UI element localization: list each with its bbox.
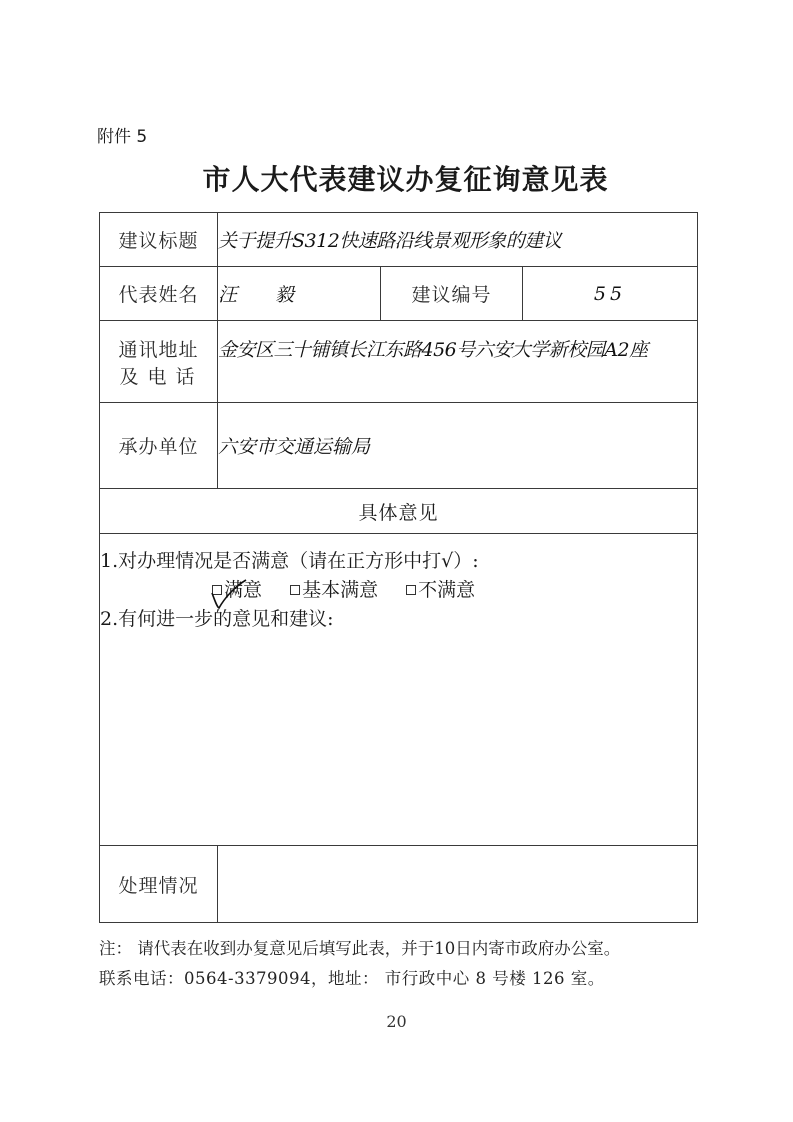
satisfaction-options: 满意 基本满意 不满意: [100, 575, 697, 605]
option-not-satisfied-label: 不满意: [418, 579, 475, 601]
suggestion-number-label: 建议编号: [381, 267, 523, 321]
attachment-label: 附件 5: [97, 122, 147, 147]
row-representative: 代表姓名 汪 毅 建议编号 55: [100, 267, 698, 321]
question-satisfaction: 1.对办理情况是否满意（请在正方形中打√）:: [100, 547, 697, 575]
suggestion-number-field[interactable]: 55: [523, 267, 698, 321]
address-label-line2: 及电话: [100, 362, 217, 389]
address-phone-label: 通讯地址 及电话: [100, 321, 218, 403]
row-suggestion-title: 建议标题 关于提升S312快速路沿线景观形象的建议: [100, 213, 698, 267]
suggestion-title-field[interactable]: 关于提升S312快速路沿线景观形象的建议: [218, 213, 698, 267]
page-title: 市人大代表建议办复征询意见表: [0, 158, 793, 198]
option-satisfied-label: 满意: [224, 579, 262, 601]
feedback-form-table: 建议标题 关于提升S312快速路沿线景观形象的建议 代表姓名 汪 毅 建议编号 …: [99, 212, 698, 923]
checkbox-basically-satisfied[interactable]: [290, 585, 300, 595]
note-instructions: 注： 请代表在收到办复意见后填写此表，并于10日内寄市政府办公室。: [99, 935, 620, 959]
handling-unit-field[interactable]: 六安市交通运输局: [218, 403, 698, 489]
row-opinions: 1.对办理情况是否满意（请在正方形中打√）: 满意 基本满意 不满意 2.有何进…: [100, 534, 698, 846]
page-number: 20: [0, 1012, 793, 1031]
representative-name-field[interactable]: 汪 毅: [218, 267, 381, 321]
handling-unit-label: 承办单位: [100, 403, 218, 489]
option-basically-satisfied[interactable]: 基本满意: [290, 575, 378, 605]
opinions-cell: 1.对办理情况是否满意（请在正方形中打√）: 满意 基本满意 不满意 2.有何进…: [100, 534, 698, 846]
suggestion-title-label: 建议标题: [100, 213, 218, 267]
processing-status-label: 处理情况: [100, 846, 218, 923]
address-phone-field[interactable]: 金安区三十铺镇长江东路456号六安大学新校园A2座: [218, 321, 698, 403]
checkbox-satisfied[interactable]: [212, 585, 222, 595]
row-handling-unit: 承办单位 六安市交通运输局: [100, 403, 698, 489]
checkbox-not-satisfied[interactable]: [406, 585, 416, 595]
processing-status-field[interactable]: [218, 846, 698, 923]
further-opinions-field[interactable]: [100, 633, 697, 833]
option-not-satisfied[interactable]: 不满意: [406, 575, 475, 605]
representative-name-label: 代表姓名: [100, 267, 218, 321]
specific-opinions-header: 具体意见: [100, 489, 698, 534]
note-contact: 联系电话：0564-3379094，地址： 市行政中心 8 号楼 126 室。: [99, 965, 605, 989]
question-further-opinions: 2.有何进一步的意见和建议:: [100, 605, 697, 633]
address-label-line1: 通讯地址: [118, 339, 198, 361]
row-opinions-header: 具体意见: [100, 489, 698, 534]
row-address: 通讯地址 及电话 金安区三十铺镇长江东路456号六安大学新校园A2座: [100, 321, 698, 403]
option-basically-satisfied-label: 基本满意: [302, 579, 378, 601]
row-processing: 处理情况: [100, 846, 698, 923]
option-satisfied[interactable]: 满意: [212, 575, 262, 605]
